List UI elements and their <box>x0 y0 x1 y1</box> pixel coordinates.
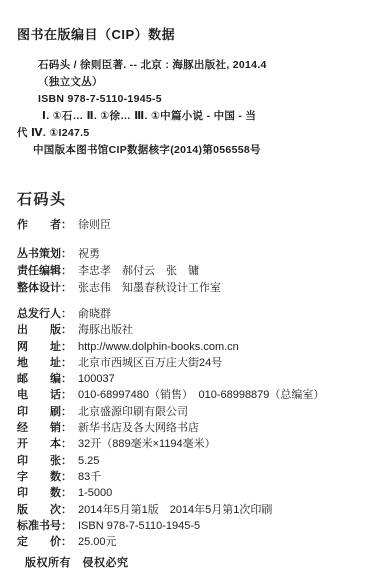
cip-line-classification-2: 代 Ⅳ. ①I247.5 <box>17 125 357 142</box>
publisher-chief-row: 总发行人：俞晓群 <box>17 306 357 322</box>
colon-separator: ： <box>61 453 72 469</box>
distributor-row: 经销：新华书店及各大网络书店 <box>17 420 357 436</box>
publisher-chief-label: 总发行人 <box>17 306 61 322</box>
website-row: 网址：http://www.dolphin-books.com.cn <box>17 339 357 355</box>
author-label: 作者 <box>17 218 61 233</box>
edition-row: 版次：2014年5月第1版 2014年5月第1次印刷 <box>17 502 357 518</box>
format-label: 开本 <box>17 436 61 452</box>
print-run-row: 印数：1-5000 <box>17 485 357 501</box>
address-value: 北京市西城区百万庄大街24号 <box>78 355 222 371</box>
colophon-page: 图书在版编目（CIP）数据 石码头 / 徐则臣著. -- 北京 : 海豚出版社,… <box>0 0 375 579</box>
publisher-row: 出版：海豚出版社 <box>17 322 357 338</box>
author-row: 作者：徐则臣 <box>17 218 357 233</box>
book-title: 石码头 <box>17 191 357 209</box>
price-label: 定价 <box>17 534 61 550</box>
publishing-section: 总发行人：俞晓群 出版：海豚出版社 网址：http://www.dolphin-… <box>17 306 357 550</box>
print-run-label: 印数 <box>17 485 61 501</box>
colon-separator: ： <box>61 280 72 297</box>
price-row: 定价：25.00元 <box>17 534 357 550</box>
colon-separator: ： <box>61 371 72 387</box>
format-row: 开本：32开（889毫米×1194毫米） <box>17 436 357 452</box>
cip-line-registry-number: 中国版本图书馆CIP数据核字(2014)第056558号 <box>17 142 357 159</box>
word-count-value: 83千 <box>78 469 101 485</box>
series-planner-value: 祝勇 <box>78 246 100 263</box>
author-value: 徐则臣 <box>78 218 111 233</box>
series-planner-label: 丛书策划 <box>17 246 61 263</box>
staff-section: 丛书策划：祝勇 责任编辑：李忠孝 郝付云 张 镛 整体设计：张志伟 知墨春秋设计… <box>17 246 357 297</box>
print-run-value: 1-5000 <box>78 485 112 501</box>
distributor-value: 新华书店及各大网络书店 <box>78 420 199 436</box>
cip-header: 图书在版编目（CIP）数据 <box>17 27 357 43</box>
cip-line-bibliographic: 石码头 / 徐则臣著. -- 北京 : 海豚出版社, 2014.4 <box>17 57 357 74</box>
colon-separator: ： <box>61 420 72 436</box>
colon-separator: ： <box>61 469 72 485</box>
standard-isbn-value: ISBN 978-7-5110-1945-5 <box>78 518 200 534</box>
sheets-row: 印张：5.25 <box>17 453 357 469</box>
printer-label: 印刷 <box>17 404 61 420</box>
responsible-editor-label: 责任编辑 <box>17 263 61 280</box>
responsible-editor-value: 李忠孝 郝付云 张 镛 <box>78 263 199 280</box>
colon-separator: ： <box>61 518 72 534</box>
colon-separator: ： <box>61 387 72 403</box>
sheets-value: 5.25 <box>78 453 99 469</box>
colon-separator: ： <box>61 502 72 518</box>
colon-separator: ： <box>61 485 72 501</box>
design-label: 整体设计 <box>17 280 61 297</box>
colon-separator: ： <box>61 218 72 233</box>
postcode-row: 邮编：100037 <box>17 371 357 387</box>
publisher-value: 海豚出版社 <box>78 322 133 338</box>
printer-value: 北京盛源印刷有限公司 <box>78 404 188 420</box>
word-count-row: 字数：83千 <box>17 469 357 485</box>
standard-isbn-label: 标准书号 <box>17 518 61 534</box>
colon-separator: ： <box>61 246 72 263</box>
sheets-label: 印张 <box>17 453 61 469</box>
website-value: http://www.dolphin-books.com.cn <box>78 339 239 355</box>
colon-separator: ： <box>61 436 72 452</box>
price-value: 25.00元 <box>78 534 117 550</box>
postcode-value: 100037 <box>78 371 115 387</box>
cip-line-classification-1: Ⅰ. ①石… Ⅱ. ①徐… Ⅲ. ①中篇小说 - 中国 - 当 <box>17 108 357 125</box>
design-row: 整体设计：张志伟 知墨春秋设计工作室 <box>17 280 357 297</box>
website-label: 网址 <box>17 339 61 355</box>
distributor-label: 经销 <box>17 420 61 436</box>
series-planner-row: 丛书策划：祝勇 <box>17 246 357 263</box>
publisher-chief-value: 俞晓群 <box>78 306 111 322</box>
cip-block: 石码头 / 徐则臣著. -- 北京 : 海豚出版社, 2014.4 （独立文丛）… <box>17 57 357 159</box>
telephone-value: 010-68997480（销售） 010-68998879（总编室） <box>78 387 324 403</box>
responsible-editor-row: 责任编辑：李忠孝 郝付云 张 镛 <box>17 263 357 280</box>
edition-label: 版次 <box>17 502 61 518</box>
colon-separator: ： <box>61 404 72 420</box>
standard-isbn-row: 标准书号：ISBN 978-7-5110-1945-5 <box>17 518 357 534</box>
colon-separator: ： <box>61 355 72 371</box>
printer-row: 印刷：北京盛源印刷有限公司 <box>17 404 357 420</box>
edition-value: 2014年5月第1版 2014年5月第1次印刷 <box>78 502 272 518</box>
telephone-row: 电话：010-68997480（销售） 010-68998879（总编室） <box>17 387 357 403</box>
colon-separator: ： <box>61 322 72 338</box>
colon-separator: ： <box>61 339 72 355</box>
copyright-notice: 版权所有 侵权必究 <box>17 554 357 570</box>
publisher-label: 出版 <box>17 322 61 338</box>
telephone-label: 电话 <box>17 387 61 403</box>
word-count-label: 字数 <box>17 469 61 485</box>
design-value: 张志伟 知墨春秋设计工作室 <box>78 280 221 297</box>
colon-separator: ： <box>61 263 72 280</box>
colon-separator: ： <box>61 306 72 322</box>
address-label: 地址 <box>17 355 61 371</box>
colon-separator: ： <box>61 534 72 550</box>
format-value: 32开（889毫米×1194毫米） <box>78 436 216 452</box>
address-row: 地址：北京市西城区百万庄大街24号 <box>17 355 357 371</box>
postcode-label: 邮编 <box>17 371 61 387</box>
cip-line-isbn: ISBN 978-7-5110-1945-5 <box>17 91 357 108</box>
cip-line-series: （独立文丛） <box>17 74 357 91</box>
